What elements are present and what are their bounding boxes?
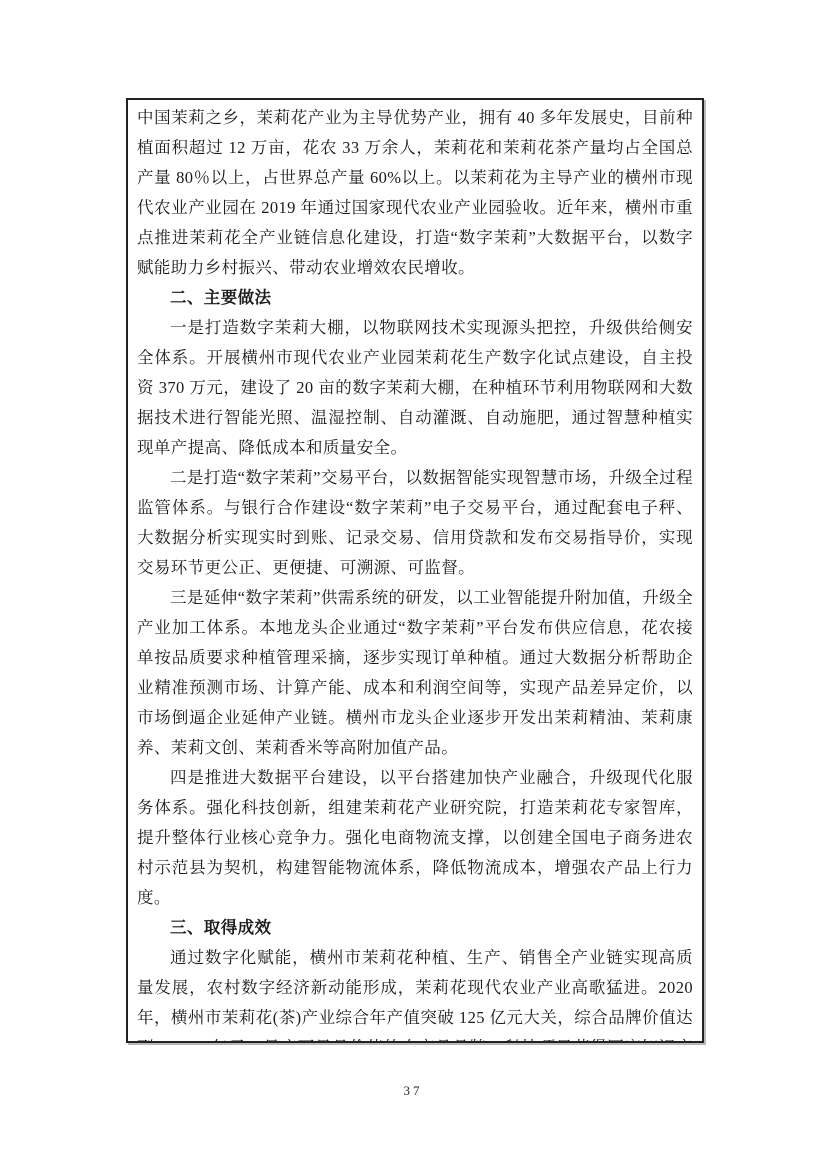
paragraph-intro-continued: 中国茉莉之乡，茉莉花产业为主导优势产业，拥有 40 多年发展史，目前种植面积超过… — [137, 103, 693, 283]
paragraph-practice-4: 四是推进大数据平台建设，以平台搭建加快产业融合，升级现代化服务体系。强化科技创新… — [137, 763, 693, 913]
document-page: 中国茉莉之乡，茉莉花产业为主导优势产业，拥有 40 多年发展史，目前种植面积超过… — [0, 0, 826, 1169]
section-heading-achievements: 三、取得成效 — [137, 913, 693, 943]
section-heading-main-practices: 二、主要做法 — [137, 283, 693, 313]
paragraph-practice-2: 二是打造“数字茉莉”交易平台，以数据智能实现智慧市场，升级全过程监管体系。与银行… — [137, 463, 693, 583]
page-number: 37 — [0, 1083, 826, 1099]
paragraph-practice-1: 一是打造数字茉莉大棚，以物联网技术实现源头把控，升级供给侧安全体系。开展横州市现… — [137, 313, 693, 463]
document-table-cell: 中国茉莉之乡，茉莉花产业为主导优势产业，拥有 40 多年发展史，目前种植面积超过… — [126, 98, 704, 1043]
paragraph-achievements: 通过数字化赋能，横州市茉莉花种植、生产、销售全产业链实现高质量发展，农村数字经济… — [137, 943, 693, 1043]
paragraph-practice-3: 三是延伸“数字茉莉”供需系统的研发，以工业智能提升附加值，升级全产业加工体系。本… — [137, 583, 693, 763]
